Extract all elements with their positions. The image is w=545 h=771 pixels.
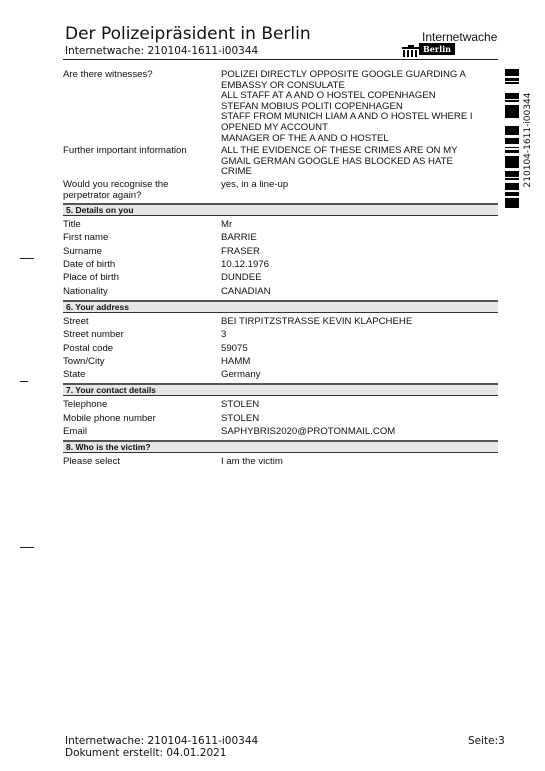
section-header: 6. Your address — [63, 300, 498, 313]
field-row: Please selectI am the victim — [63, 455, 498, 468]
field-value: 59075 — [221, 342, 498, 355]
field-row: First nameBARRIE — [63, 231, 498, 244]
field-value: FRASER — [221, 245, 498, 258]
field-value: Germany — [221, 368, 498, 381]
field-value: HAMM — [221, 355, 498, 368]
footer-created-date: Dokument erstellt: 04.01.2021 — [65, 747, 227, 759]
field-label: First name — [63, 231, 221, 244]
field-value: I am the victim — [221, 455, 498, 468]
field-value: 10.12.1976 — [221, 258, 498, 271]
field-value: POLIZEI DIRECTLY OPPOSITE GOOGLE GUARDIN… — [221, 70, 498, 144]
section-body: StreetBEI TIRPITZSTRASSE KEVIN KLAPCHEHE… — [63, 315, 498, 381]
field-label: Title — [63, 218, 221, 231]
page-number: Seite:3 — [468, 735, 505, 747]
page-title: Der Polizeipräsident in Berlin — [65, 24, 311, 44]
field-value: STOLEN — [221, 412, 498, 425]
field-value: DUNDEE — [221, 271, 498, 284]
field-row: Date of birth10.12.1976 — [63, 258, 498, 271]
field-label: Further important information — [63, 146, 221, 178]
field-label: Telephone — [63, 398, 221, 411]
field-value: BEI TIRPITZSTRASSE KEVIN KLAPCHEHE — [221, 315, 498, 328]
section-body: Please selectI am the victim — [63, 455, 498, 468]
field-row: StreetBEI TIRPITZSTRASSE KEVIN KLAPCHEHE — [63, 315, 498, 328]
logo-text: Internetwache — [422, 30, 497, 44]
field-value: Mr — [221, 218, 498, 231]
field-row: NationalityCANADIAN — [63, 285, 498, 298]
field-row: SurnameFRASER — [63, 245, 498, 258]
field-label: Street — [63, 315, 221, 328]
field-row: Town/CityHAMM — [63, 355, 498, 368]
field-value: STOLEN — [221, 398, 498, 411]
fold-mark — [20, 258, 34, 259]
field-row: Postal code59075 — [63, 342, 498, 355]
field-value: ALL THE EVIDENCE OF THESE CRIMES ARE ON … — [221, 146, 498, 178]
field-label: Street number — [63, 328, 221, 341]
field-label: Mobile phone number — [63, 412, 221, 425]
field-label: Postal code — [63, 342, 221, 355]
fold-mark — [20, 547, 34, 548]
field-value: 3 — [221, 328, 498, 341]
field-label: Town/City — [63, 355, 221, 368]
logo-badge: Berlin — [419, 43, 455, 55]
barcode-label: 210104-1611-i00344 — [523, 93, 533, 188]
field-row: Street number3 — [63, 328, 498, 341]
barcode — [505, 66, 519, 212]
case-number: Internetwache: 210104-1611-i00344 — [65, 45, 258, 57]
field-label: Please select — [63, 455, 221, 468]
field-row: Place of birthDUNDEE — [63, 271, 498, 284]
section-body: TitleMrFirst nameBARRIESurnameFRASERDate… — [63, 218, 498, 298]
report-content: Are there witnesses?POLIZEI DIRECTLY OPP… — [63, 70, 498, 469]
punch-mark — [20, 381, 28, 382]
field-row: Are there witnesses?POLIZEI DIRECTLY OPP… — [63, 70, 498, 144]
field-row: TitleMr — [63, 218, 498, 231]
field-row: Further important informationALL THE EVI… — [63, 146, 498, 178]
field-row: Mobile phone numberSTOLEN — [63, 412, 498, 425]
field-label: Are there witnesses? — [63, 70, 221, 144]
field-label: Surname — [63, 245, 221, 258]
field-value: BARRIE — [221, 231, 498, 244]
section-header: 5. Details on you — [63, 203, 498, 216]
footer-case-number: Internetwache: 210104-1611-i00344 — [65, 735, 258, 747]
section-header: 8. Who is the victim? — [63, 440, 498, 453]
field-row: StateGermany — [63, 368, 498, 381]
field-value: CANADIAN — [221, 285, 498, 298]
field-label: Place of birth — [63, 271, 221, 284]
field-label: Date of birth — [63, 258, 221, 271]
field-label: Would you recognise theperpetrator again… — [63, 180, 221, 201]
section-body: TelephoneSTOLENMobile phone numberSTOLEN… — [63, 398, 498, 438]
field-row: EmailSAPHYBRIS2020@PROTONMAIL.COM — [63, 425, 498, 438]
field-row: Would you recognise theperpetrator again… — [63, 180, 498, 201]
section-header: 7. Your contact details — [63, 383, 498, 396]
field-label: Nationality — [63, 285, 221, 298]
field-value: yes, in a line-up — [221, 180, 498, 201]
field-value: SAPHYBRIS2020@PROTONMAIL.COM — [221, 425, 498, 438]
field-row: TelephoneSTOLEN — [63, 398, 498, 411]
field-label: State — [63, 368, 221, 381]
header-divider — [63, 59, 498, 60]
field-label: Email — [63, 425, 221, 438]
